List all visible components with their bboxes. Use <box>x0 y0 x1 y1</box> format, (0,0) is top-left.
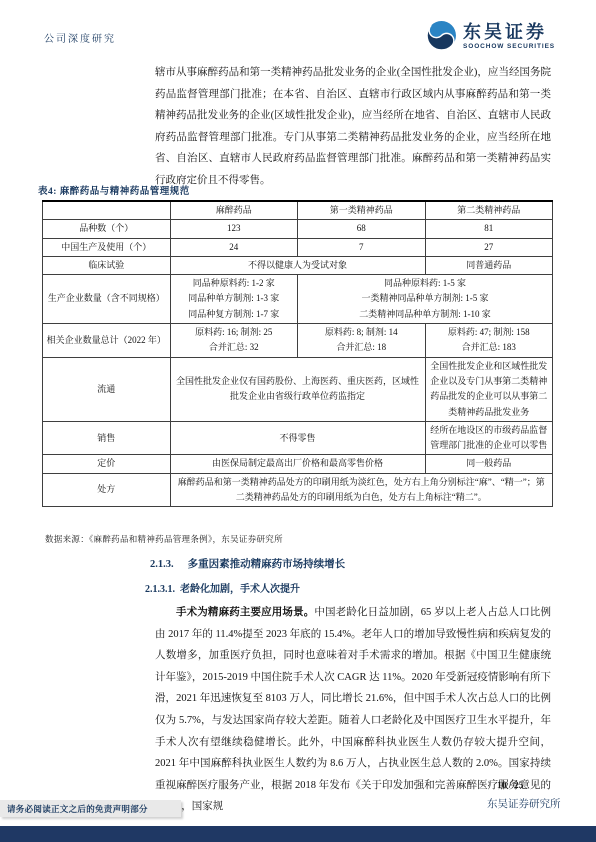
footer-bar <box>0 826 596 842</box>
table-cell: 123 <box>170 220 298 238</box>
disclaimer-box: 请务必阅读正文之后的免责声明部分 <box>0 800 181 817</box>
table-col-header: 第一类精神药品 <box>298 201 426 220</box>
body-paragraph-regulation: 辖市从事麻醉药品和第一类精神药品批发业务的企业(全国性批发企业)，应当经国务院药… <box>155 62 551 192</box>
report-type-label: 公司深度研究 <box>44 30 116 45</box>
table-cell: 同普通药品 <box>425 256 553 274</box>
paragraph-lead-bold: 手术为精麻药主要应用场景。 <box>176 607 314 618</box>
table-header-row: 麻醉药品第一类精神药品第二类精神药品 <box>43 201 553 220</box>
table-row-label: 处方 <box>43 473 171 507</box>
brand-name-en: SOOCHOW SECURITIES <box>463 43 555 50</box>
table-cell: 24 <box>170 238 298 256</box>
table-cell: 同品种原料药: 1-2 家 同品种单方制剂: 1-3 家 同品种复方制剂: 1-… <box>170 275 298 324</box>
section-number: 2.1.3. <box>150 559 174 570</box>
section-title: 多重因素推动精麻药市场持续增长 <box>188 559 346 570</box>
table-row-label: 销售 <box>43 421 171 455</box>
table-row: 销售不得零售经所在地设区的市级药品监督管理部门批准的企业可以零售 <box>43 421 553 455</box>
table-row: 处方麻醉药品和第一类精神药品处方的印刷用纸为淡红色，处方右上角分别标注“麻”、“… <box>43 473 553 507</box>
table-row: 生产企业数量（含不同规格）同品种原料药: 1-2 家 同品种单方制剂: 1-3 … <box>43 275 553 324</box>
section-heading-2-1-3: 2.1.3.多重因素推动精麻药市场持续增长 <box>150 556 345 571</box>
section-heading-2-1-3-1: 2.1.3.1.老龄化加剧，手术人次提升 <box>145 580 300 595</box>
section-title: 老龄化加剧，手术人次提升 <box>180 584 300 595</box>
brand-logo-text: 东吴证券 SOOCHOW SECURITIES <box>463 22 555 50</box>
table-cell: 全国性批发企业仅有国药股份、上海医药、重庆医药，区域性批发企业由省级行政单位药监… <box>170 357 425 421</box>
body-paragraph-growth: 手术为精麻药主要应用场景。中国老龄化日益加剧，65 岁以上老人占总人口比例由 2… <box>155 602 551 818</box>
page-number: 10 / 25 <box>497 781 523 791</box>
table-cell: 7 <box>298 238 426 256</box>
table-cell: 麻醉药品和第一类精神药品处方的印刷用纸为淡红色，处方右上角分别标注“麻”、“精一… <box>170 473 553 507</box>
table-cell: 经所在地设区的市级药品监督管理部门批准的企业可以零售 <box>425 421 553 455</box>
section-number: 2.1.3.1. <box>145 584 175 595</box>
table-row-label: 相关企业数量总计（2022 年） <box>43 324 171 358</box>
report-page: 公司深度研究 东吴证券 SOOCHOW SECURITIES 辖市从事麻醉药品和… <box>0 0 596 842</box>
table-row: 流通全国性批发企业仅有国药股份、上海医药、重庆医药，区域性批发企业由省级行政单位… <box>43 357 553 421</box>
table-cell: 由医保局制定最高出厂价格和最高零售价格 <box>170 455 425 473</box>
table-title: 表4: 麻醉药品与精神药品管理规范 <box>38 183 190 197</box>
paragraph-body-text: 中国老龄化日益加剧，65 岁以上老人占总人口比例由 2017 年的 11.4%提… <box>155 607 551 812</box>
table-row: 品种数（个）1236881 <box>43 220 553 238</box>
table-cell: 同品种原料药: 1-5 家 一类精神同品种单方制剂: 1-5 家 二类精神同品种… <box>298 275 553 324</box>
disclaimer-text: 请务必阅读正文之后的免责声明部分 <box>7 803 148 815</box>
table-col-header <box>43 201 171 220</box>
table-cell: 原料药: 47; 制剂: 158 合并汇总: 183 <box>425 324 553 358</box>
table-row-label: 中国生产及使用（个） <box>43 238 171 256</box>
research-institute-label: 东吴证券研究所 <box>487 796 561 811</box>
table-row-label: 生产企业数量（含不同规格） <box>43 275 171 324</box>
table-row: 相关企业数量总计（2022 年）原料药: 16; 制剂: 25 合并汇总: 32… <box>43 324 553 358</box>
table-cell: 原料药: 8; 制剂: 14 合并汇总: 18 <box>298 324 426 358</box>
table-cell: 不得以健康人为受试对象 <box>170 256 425 274</box>
table-row-label: 流通 <box>43 357 171 421</box>
table-cell: 同一般药品 <box>425 455 553 473</box>
table-source-note: 数据来源：《麻醉药品和精神药品管理条例》，东吴证券研究所 <box>45 533 283 545</box>
brand-name-cn: 东吴证券 <box>463 22 555 42</box>
table-row: 临床试验不得以健康人为受试对象同普通药品 <box>43 256 553 274</box>
table-cell: 原料药: 16; 制剂: 25 合并汇总: 32 <box>170 324 298 358</box>
regulation-table: 麻醉药品第一类精神药品第二类精神药品 品种数（个）1236881中国生产及使用（… <box>42 200 553 507</box>
table-cell: 81 <box>425 220 553 238</box>
table-cell: 不得零售 <box>170 421 425 455</box>
table-row-label: 临床试验 <box>43 256 171 274</box>
brand-logo: 东吴证券 SOOCHOW SECURITIES <box>426 20 555 51</box>
table-cell: 27 <box>425 238 553 256</box>
table-row-label: 品种数（个） <box>43 220 171 238</box>
table-row: 中国生产及使用（个）24727 <box>43 238 553 256</box>
soochow-logo-icon <box>426 20 457 51</box>
table-col-header: 麻醉药品 <box>170 201 298 220</box>
table-row-label: 定价 <box>43 455 171 473</box>
table-col-header: 第二类精神药品 <box>425 201 553 220</box>
table-row: 定价由医保局制定最高出厂价格和最高零售价格同一般药品 <box>43 455 553 473</box>
table-cell: 全国性批发企业和区域性批发企业以及专门从事第二类精神药品批发的企业可以从事第二类… <box>425 357 553 421</box>
table-cell: 68 <box>298 220 426 238</box>
